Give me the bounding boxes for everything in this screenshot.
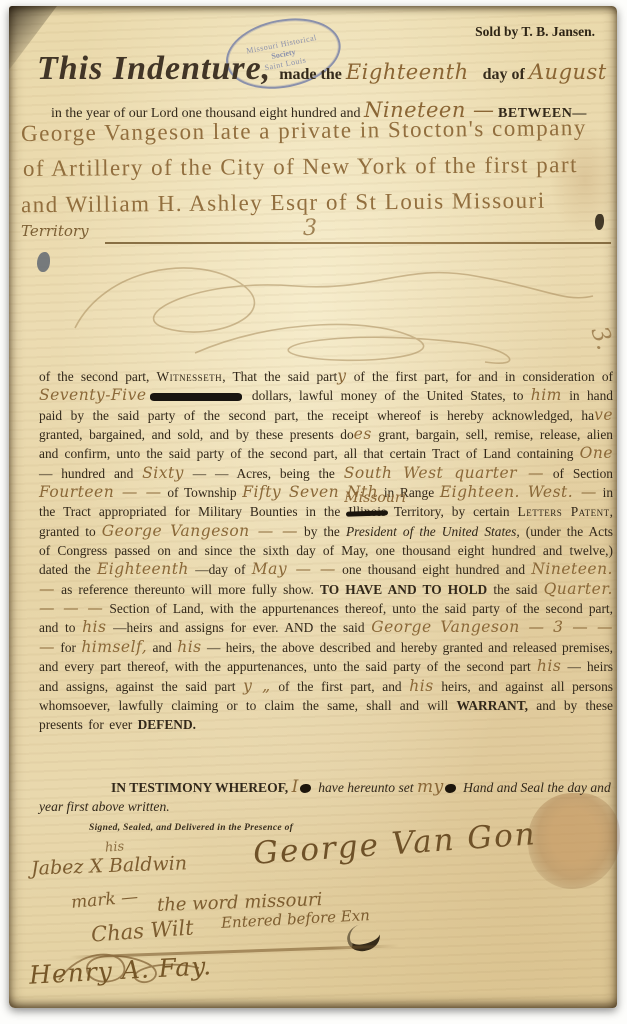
printed-text: of the second part, <box>39 369 157 384</box>
pen-flourishes <box>45 258 609 366</box>
printed-text: of the first part, and <box>271 679 410 694</box>
deed-title: This Indenture, <box>37 50 271 87</box>
printed-text: —heirs and assigns for ever. AND the sai… <box>106 620 371 635</box>
printed-text: President of the United States, <box>346 524 520 539</box>
parties-line3: and William H. Ashley Esqr of St Louis M… <box>21 188 546 219</box>
handwritten-entry: South West quarter — <box>344 464 544 482</box>
ink-crescent-mark <box>344 920 383 954</box>
testimony-lead: IN TESTIMONY WHEREOF, <box>111 780 288 795</box>
printed-text: dollars, lawful money of the United Stat… <box>245 388 531 403</box>
handwritten-entry: his <box>177 638 201 656</box>
blank-line-rule <box>105 242 611 244</box>
handwritten-entry: es <box>354 425 372 443</box>
handwritten-entry: ve <box>594 406 613 424</box>
screenshot-root: { "colors":{"paper":"#e9d8ad","print_ink… <box>0 0 627 1024</box>
handwritten-entry: One <box>580 444 613 462</box>
mark-annotation: mark — <box>70 887 139 913</box>
handwritten-entry: May — — <box>252 560 336 578</box>
printed-text: one thousand eight hundred and <box>336 562 531 577</box>
handwritten-entry: him <box>531 386 562 404</box>
seal-blot <box>300 784 311 793</box>
figure-three: 3 <box>303 216 317 241</box>
handwritten-entry: George Vangeson — — <box>102 522 298 540</box>
corrected-word: IllinoisMissouri <box>348 502 386 521</box>
handwritten-entry: y <box>337 367 346 385</box>
printed-text: of Township <box>162 485 243 500</box>
handwritten-entry: Fourteen — — <box>39 483 162 501</box>
handwritten-entry: his <box>82 618 106 636</box>
printed-text: DEFEND. <box>138 717 196 732</box>
day-handwritten: Eighteenth <box>346 60 469 84</box>
handwritten-entry: Seventy-Five <box>39 386 147 404</box>
printed-text: as reference thereunto will more fully s… <box>55 582 320 597</box>
printed-text: , That the said part <box>222 369 337 384</box>
parties-line2: of Artillery of the City of New York of … <box>23 152 578 182</box>
deed-title-line: This Indenture, made the Eighteenth day … <box>37 50 613 88</box>
printed-text: Witnesseth <box>157 369 223 384</box>
ink-blot-small <box>445 784 456 793</box>
handwritten-entry: Sixty <box>142 464 184 482</box>
month-handwritten: August <box>529 60 607 84</box>
grantor-signature: George Van Gon <box>252 816 538 872</box>
testimony-i-handwritten: I <box>292 777 299 797</box>
handwritten-entry: Eighteen. West. — <box>440 483 597 501</box>
printed-text: of the first part, for and in considerat… <box>347 369 613 384</box>
testimony-my-handwritten: my <box>417 777 444 797</box>
printed-text: TO HAVE AND TO HOLD <box>320 582 487 597</box>
printed-text: — hundred and <box>39 466 142 481</box>
printed-text: WARRANT, <box>456 698 528 713</box>
parties-line1: George Vangeson late a private in Stocto… <box>21 115 587 147</box>
his-annotation: his <box>105 839 125 855</box>
printed-text: — — Acres, being the <box>184 466 344 481</box>
printed-text: Letters Patent <box>518 504 610 519</box>
handwritten-entry: his <box>409 677 433 695</box>
printed-text: granted, bargained, and sold, and by the… <box>39 427 354 442</box>
testimony-clause: IN TESTIMONY WHEREOF, I have hereunto se… <box>39 778 615 816</box>
handwritten-entry: his <box>537 657 561 675</box>
witness-caption: Signed, Sealed, and Delivered in the Pre… <box>89 823 293 833</box>
interlined-word: Missouri <box>344 489 406 508</box>
printed-text: and <box>147 640 177 655</box>
seller-imprint: Sold by T. B. Jansen. <box>475 24 595 40</box>
printed-text: the said <box>487 582 543 597</box>
witness-signature-baldwin: Jabez X Baldwin <box>31 852 188 879</box>
territory-handwritten: Territory <box>21 222 89 240</box>
testimony-set-phrase: have hereunto set <box>318 780 413 795</box>
printed-text: of Section <box>544 466 613 481</box>
ink-blot-strike <box>150 393 242 401</box>
deed-body-paragraph: of the second part, Witnesseth, That the… <box>39 367 613 735</box>
handwritten-entry: Eighteenth <box>97 560 189 578</box>
printed-text: —day of <box>189 562 252 577</box>
document-page: Missouri Historical Society Saint Louis … <box>9 6 617 1008</box>
day-of-label: day of <box>483 66 525 83</box>
printed-text: for <box>55 640 81 655</box>
printed-text: by the <box>298 524 346 539</box>
made-the-label: made the <box>279 66 342 83</box>
handwritten-entry: y „ <box>243 677 271 695</box>
handwritten-entry: himself, <box>81 638 147 656</box>
